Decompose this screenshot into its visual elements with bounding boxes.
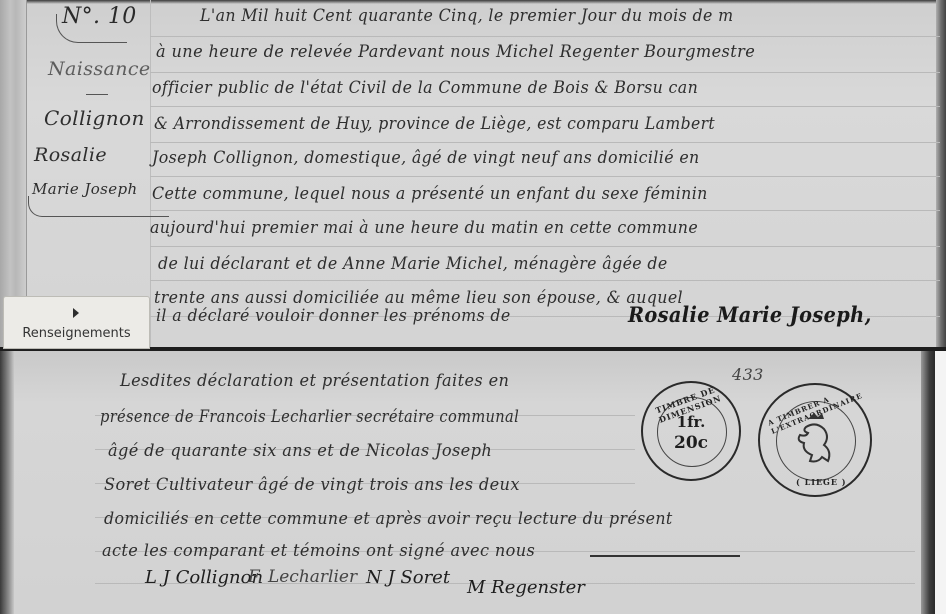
document-page-bottom: 433 Lesdites déclaration et présentation… xyxy=(0,351,935,614)
lion-emblem-icon xyxy=(792,413,840,467)
info-panel-label: Renseignements xyxy=(4,326,149,341)
margin-dash xyxy=(86,94,108,95)
line-flourish xyxy=(590,555,740,557)
ruled-line xyxy=(150,142,940,143)
record-line: officier public de l'état Civil de la Co… xyxy=(152,78,698,98)
record-line: de lui déclarant et de Anne Marie Michel… xyxy=(158,254,668,274)
folio-number: 433 xyxy=(732,365,764,384)
margin-title: Naissance xyxy=(48,58,151,80)
stamp-bottom-text: ( LIEGE ) xyxy=(796,477,847,487)
page-binding-right xyxy=(921,351,935,614)
margin-rule xyxy=(150,0,151,347)
record-line: Lesdites déclaration et présentation fai… xyxy=(120,371,509,391)
page-shadow xyxy=(0,0,946,4)
viewer-edge xyxy=(935,351,946,614)
stamp-value: 20c xyxy=(643,433,739,453)
stamp-a-timbrer: A TIMBRER A L'EXTRAORDINAIRE ( LIEGE ) xyxy=(758,383,872,497)
ruled-line xyxy=(150,36,940,37)
record-line: domiciliés en cette commune et après avo… xyxy=(104,509,673,529)
triangle-right-icon xyxy=(73,308,79,318)
record-line: il a déclaré vouloir donner les prénoms … xyxy=(156,306,511,326)
info-panel-toggle[interactable]: Renseignements xyxy=(3,296,150,349)
margin-given-name: Rosalie xyxy=(34,144,107,166)
ruled-line xyxy=(150,210,940,211)
record-line: Joseph Collignon, domestique, âgé de vin… xyxy=(152,148,700,168)
record-line: aujourd'hui premier mai à une heure du m… xyxy=(150,218,698,238)
record-line: & Arrondissement de Huy, province de Liè… xyxy=(154,114,715,134)
ruled-line xyxy=(150,72,940,73)
record-line: Soret Cultivateur âgé de vingt trois ans… xyxy=(104,475,520,495)
stamp-value: 1fr. xyxy=(643,413,739,431)
page-binding-right xyxy=(936,0,946,347)
record-line: à une heure de relevée Pardevant nous Mi… xyxy=(156,42,755,62)
ruled-line xyxy=(150,176,940,177)
ruled-line xyxy=(150,106,940,107)
image-viewer[interactable]: N°. 10 Naissance Collignon Rosalie Marie… xyxy=(0,0,946,614)
record-line: âgé de quarante six ans et de Nicolas Jo… xyxy=(108,441,492,461)
given-names-declared: Rosalie Marie Joseph, xyxy=(628,302,872,327)
signature: L J Collignon xyxy=(145,567,263,588)
record-line: acte les comparant et témoins ont signé … xyxy=(102,541,535,561)
signature: M Regenster xyxy=(467,577,585,598)
ruled-line xyxy=(150,246,940,247)
record-line: trente ans aussi domiciliée au même lieu… xyxy=(154,288,683,308)
stamp-timbre-de-dimension: TIMBRE DE DIMENSION 1fr. 20c xyxy=(641,381,741,481)
margin-flourish xyxy=(28,196,169,217)
ruled-line xyxy=(150,280,940,281)
signature: N J Soret xyxy=(366,567,450,588)
signature: F. Lecharlier xyxy=(248,567,357,587)
margin-surname: Collignon xyxy=(44,106,145,130)
record-line: présence de Francois Lecharlier secrétai… xyxy=(100,407,519,427)
page-binding-left xyxy=(0,0,27,347)
record-line: L'an Mil huit Cent quarante Cinq, le pre… xyxy=(200,6,733,26)
number-flourish xyxy=(56,14,127,43)
record-line: Cette commune, lequel nous a présenté un… xyxy=(152,184,708,204)
document-page-top: N°. 10 Naissance Collignon Rosalie Marie… xyxy=(0,0,946,347)
page-binding-left xyxy=(0,351,14,614)
